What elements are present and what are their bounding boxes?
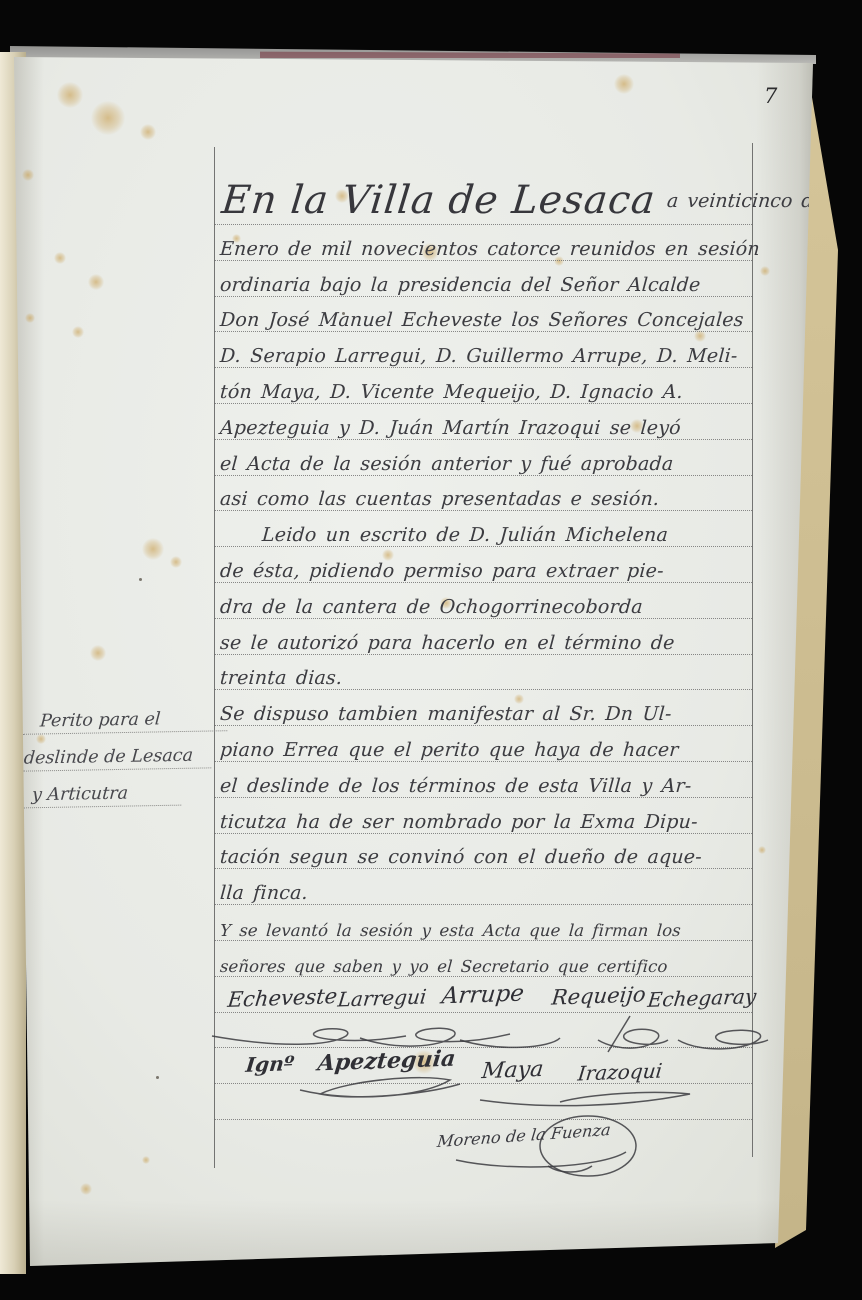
foxing-stain — [72, 326, 84, 338]
signature-ignacio: Ignº — [245, 1051, 296, 1077]
margin-note-line: y Articutra — [23, 781, 183, 809]
manuscript-line: ordinaria bajo la presidencia del Señor … — [219, 272, 761, 299]
opening-line: En la Villa de Lesaca a veinticinco de — [222, 178, 762, 223]
signature-echeveste: Echeveste — [226, 984, 338, 1012]
foxing-stain — [140, 124, 156, 140]
photographed-manuscript: 7 Perito para el deslinde de Lesac — [0, 0, 862, 1300]
ink-speck — [156, 1076, 159, 1079]
manuscript-page: 7 Perito para el deslinde de Lesac — [0, 0, 862, 1300]
manuscript-line: lla finca. — [219, 880, 761, 907]
foxing-stain — [760, 266, 770, 276]
foxing-stain — [36, 734, 46, 744]
manuscript-line: Leido un escrito de D. Julián Michelena — [219, 522, 803, 549]
manuscript-line: de ésta, pidiendo permiso para extraer p… — [219, 558, 761, 585]
foxing-stain — [25, 313, 35, 323]
manuscript-line: tón Maya, D. Vicente Mequeijo, D. Ignaci… — [219, 379, 761, 406]
signature-larregui: Larregui — [337, 984, 428, 1011]
foxing-stain — [142, 1156, 150, 1164]
signature-echegaray: Echegaray — [647, 984, 758, 1012]
manuscript-line: señores que saben y yo el Secretario que… — [219, 953, 761, 980]
foxing-stain — [170, 556, 182, 568]
signature-requeijo: Requeijo — [551, 982, 647, 1009]
page-shading-bottom — [20, 1200, 810, 1270]
signature-rubric-flourishes-2 — [290, 1072, 710, 1112]
opening-phrase: En la Villa de Lesaca — [220, 178, 658, 223]
manuscript-line: treinta dias. — [219, 665, 761, 692]
margin-note-line: Perito para el — [23, 706, 229, 735]
foxing-stain — [614, 74, 634, 94]
page-number: 7 — [764, 84, 777, 108]
manuscript-line: Don José Manuel Echeveste los Señores Co… — [219, 307, 761, 334]
ink-speck — [139, 578, 142, 581]
manuscript-line: ticutza ha de ser nombrado por la Exma D… — [219, 809, 761, 836]
manuscript-line: dra de la cantera de Ochogorrinecoborda — [219, 594, 761, 621]
margin-note-line: deslinde de Lesaca — [23, 743, 213, 771]
foxing-stain — [88, 274, 104, 290]
manuscript-line: piano Errea que el perito que haya de ha… — [219, 737, 761, 764]
manuscript-line: el deslinde de los términos de esta Vill… — [219, 773, 761, 800]
secretary-rubric — [420, 1108, 660, 1186]
opening-continuation: a veinticinco de — [666, 190, 826, 212]
signature-rubric-flourishes — [210, 1014, 770, 1056]
manuscript-line: Enero de mil novecientos catorce reunido… — [219, 236, 761, 263]
manuscript-line: tación segun se convinó con el dueño de … — [219, 844, 761, 871]
foxing-stain — [54, 252, 66, 264]
foxing-stain — [80, 1183, 92, 1195]
signature-arrupe: Arrupe — [440, 981, 525, 1010]
foxing-stain — [90, 645, 106, 661]
foxing-stain — [22, 169, 34, 181]
ruled-line — [214, 1012, 752, 1013]
manuscript-line: Y se levantó la sesión y esta Acta que l… — [219, 917, 761, 944]
ruled-line — [214, 224, 752, 225]
foxing-stain — [57, 82, 83, 108]
manuscript-line: el Acta de la sesión anterior y fué apro… — [219, 451, 761, 478]
foxing-stain — [91, 101, 125, 135]
manuscript-line: Apezteguia y D. Juán Martín Irazoqui se … — [219, 415, 761, 442]
manuscript-line: Se dispuso tambien manifestar al Sr. Dn … — [219, 701, 761, 728]
manuscript-line: se le autorizó para hacerlo en el términ… — [219, 630, 761, 657]
manuscript-line: D. Serapio Larregui, D. Guillermo Arrupe… — [219, 343, 761, 370]
manuscript-line: asi como las cuentas presentadas e sesió… — [219, 486, 761, 513]
foxing-stain — [142, 538, 164, 560]
